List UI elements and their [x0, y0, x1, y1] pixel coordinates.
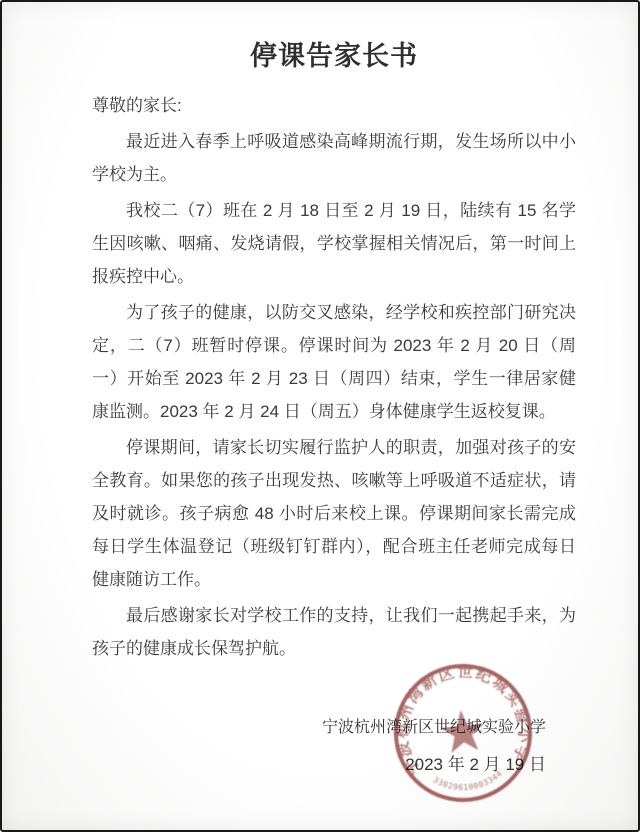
body-text: 尊敬的家长: 最近进入春季上呼吸道感染高峰期流行期，发生场所以中小学校为主。 我… [92, 89, 576, 665]
seal-star-icon [439, 708, 487, 754]
official-seal: 宁波杭州湾新区世纪城实验小学 33029610003344 [381, 651, 546, 816]
salutation: 尊敬的家长: [92, 89, 576, 122]
paragraph: 最近进入春季上呼吸道感染高峰期流行期，发生场所以中小学校为主。 [92, 125, 576, 191]
paragraph: 我校二（7）班在 2 月 18 日至 2 月 19 日，陆续有 15 名学生因咳… [92, 194, 576, 293]
document-page: 停课告家长书 尊敬的家长: 最近进入春季上呼吸道感染高峰期流行期，发生场所以中小… [0, 0, 640, 832]
paragraph: 停课期间，请家长切实履行监护人的职责，加强对孩子的安全教育。如果您的孩子出现发热… [92, 431, 576, 596]
doc-title: 停课告家长书 [92, 34, 576, 73]
paragraph: 为了孩子的健康，以防交叉感染，经学校和疾控部门研究决定，二（7）班暂时停课。停课… [92, 296, 576, 428]
document-content: 停课告家长书 尊敬的家长: 最近进入春季上呼吸道感染高峰期流行期，发生场所以中小… [92, 30, 576, 668]
